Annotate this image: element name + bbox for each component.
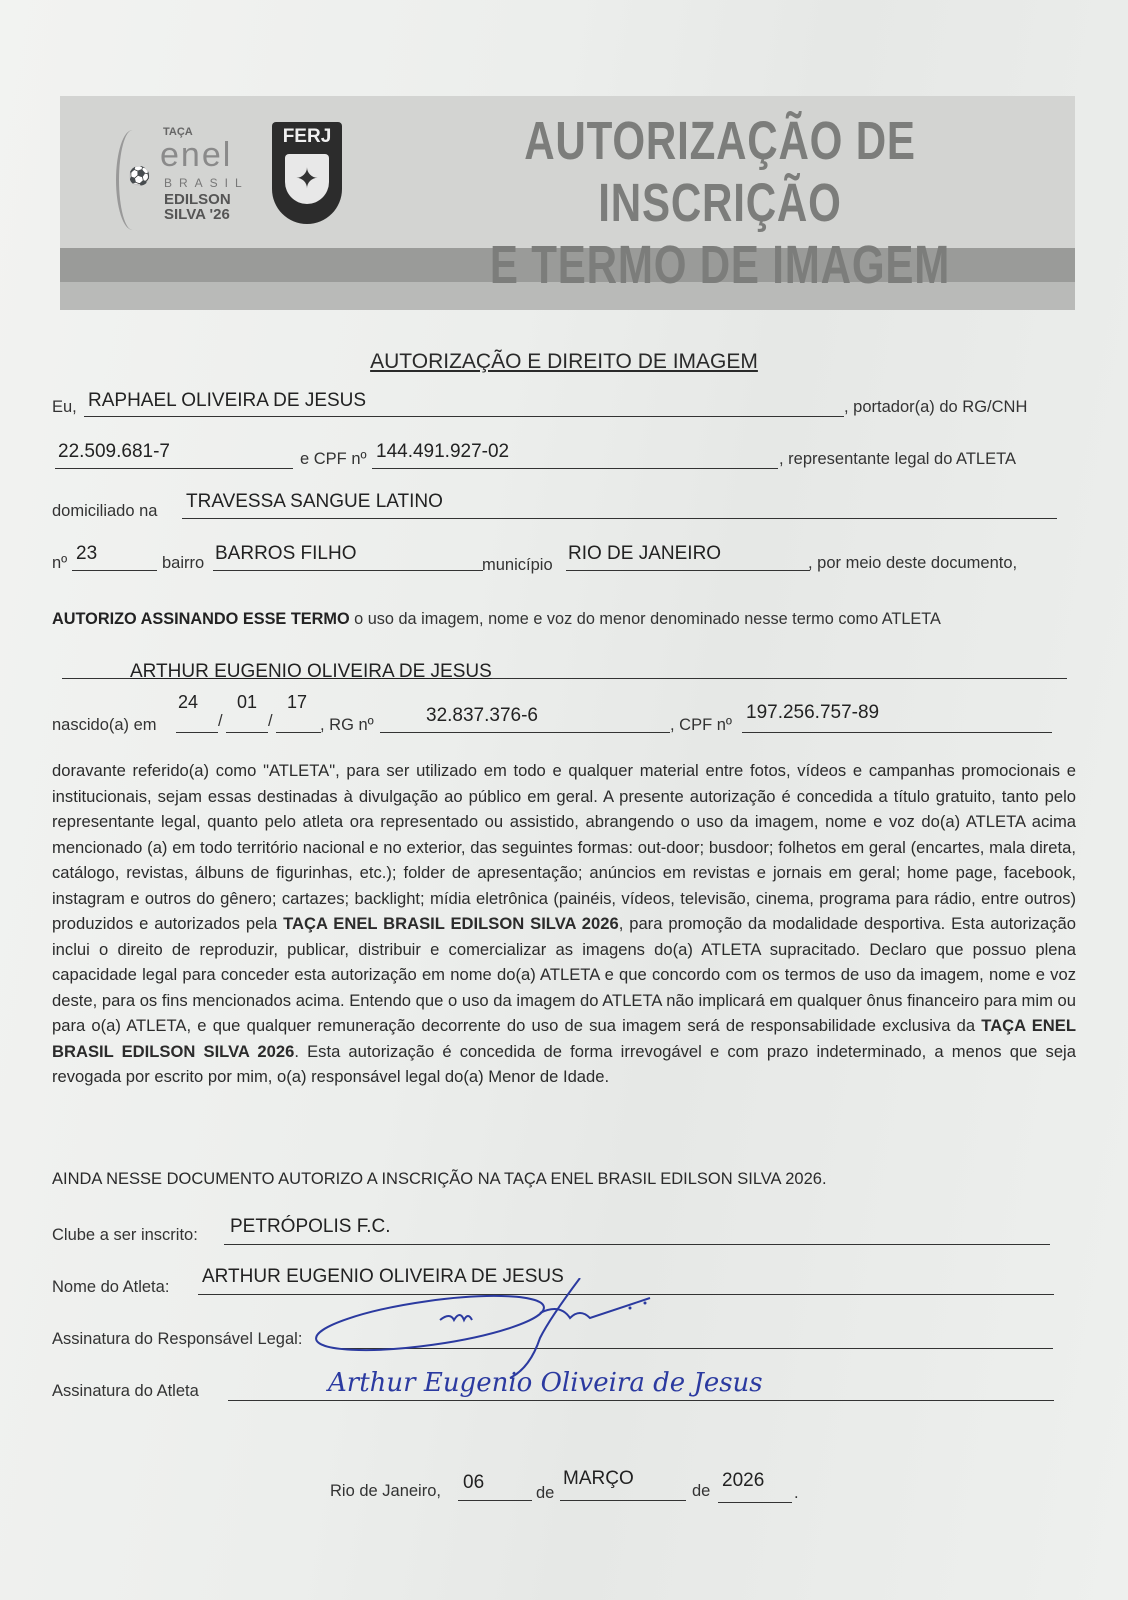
nasc-mes-field[interactable] [226, 710, 268, 733]
atleta-signature: Arthur Eugenio Oliveira de Jesus [328, 1368, 763, 1398]
date-slash-1: / [218, 712, 223, 731]
paragraph-bold-1: TAÇA ENEL BRASIL EDILSON SILVA 2026 [283, 914, 619, 933]
responsavel-nome-value: RAPHAEL OLIVEIRA DE JESUS [88, 390, 366, 412]
shield-icon: ✦ [285, 154, 329, 204]
atleta-cpf-value: 197.256.757-89 [746, 702, 879, 724]
eu-label: Eu, [52, 398, 77, 417]
date-end-period: . [794, 1484, 799, 1503]
date-de-1: de [536, 1484, 554, 1503]
date-year-value: 2026 [722, 1470, 764, 1492]
nasc-dia-field[interactable] [176, 710, 218, 733]
representante-label: , representante legal do ATLETA [779, 450, 1016, 469]
atleta-cpf-label: , CPF nº [670, 716, 732, 735]
date-de-2: de [692, 1482, 710, 1501]
assinatura-responsavel-label: Assinatura do Responsável Legal: [52, 1330, 302, 1349]
document-title-text: AUTORIZAÇÃO E DIREITO DE IMAGEM [370, 350, 758, 373]
banner-title-line1: AUTORIZAÇÃO DE INSCRIÇÃO [455, 110, 985, 234]
logo-brasil-text: BRASIL [164, 176, 249, 190]
nasc-ano-field[interactable] [276, 710, 321, 733]
rg-label: , RG nº [320, 716, 374, 735]
municipio-label: município [482, 556, 553, 575]
authorization-paragraph: doravante referido(a) como "ATLETA", par… [52, 758, 1076, 1090]
numero-label: nº [52, 554, 67, 573]
assinatura-atleta-label: Assinatura do Atleta [52, 1382, 199, 1401]
ferj-logo: FERJ ✦ [272, 122, 342, 224]
ferj-text: FERJ [272, 126, 342, 148]
logo-silva-line: SILVA '26 [164, 207, 231, 222]
date-month-value: MARÇO [563, 1468, 634, 1490]
responsavel-rg-value: 22.509.681-7 [58, 441, 170, 463]
taca-enel-logo: ⚽ TAÇA enel BRASIL EDILSON SILVA '26 [108, 126, 258, 236]
banner-title-line2: E TERMO DE IMAGEM [455, 234, 985, 296]
logo-edilson-text: EDILSON SILVA '26 [164, 192, 231, 222]
atleta-rg-value: 32.837.376-6 [426, 705, 538, 727]
portador-label: , portador(a) do RG/CNH [844, 398, 1027, 417]
logo-edilson-line: EDILSON [164, 192, 231, 207]
numero-value: 23 [76, 543, 97, 565]
paragraph-part-1: doravante referido(a) como "ATLETA", par… [52, 761, 1076, 933]
logo-enel-text: enel [160, 136, 232, 175]
cpf-label: e CPF nº [300, 450, 367, 469]
clube-value: PETRÓPOLIS F.C. [230, 1216, 390, 1238]
date-slash-2: / [268, 712, 273, 731]
nome-atleta-label: Nome do Atleta: [52, 1278, 169, 1297]
bairro-label: bairro [162, 554, 204, 573]
atleta-nome-value: ARTHUR EUGENIO OLIVEIRA DE JESUS [130, 661, 492, 683]
responsavel-cpf-value: 144.491.927-02 [376, 441, 509, 463]
bairro-value: BARROS FILHO [215, 543, 356, 565]
clube-label: Clube a ser inscrito: [52, 1226, 198, 1245]
soccer-ball-icon: ⚽ [128, 166, 150, 187]
domiciliado-label: domiciliado na [52, 502, 157, 521]
municipio-value: RIO DE JANEIRO [568, 543, 721, 565]
autorizo-rest: o uso da imagem, nome e voz do menor den… [350, 610, 941, 628]
inscricao-statement: AINDA NESSE DOCUMENTO AUTORIZO A INSCRIÇ… [52, 1170, 827, 1189]
date-city-label: Rio de Janeiro, [330, 1482, 441, 1501]
date-day-value: 06 [463, 1472, 484, 1494]
nascido-label: nascido(a) em [52, 716, 157, 735]
autorizo-line: AUTORIZO ASSINANDO ESSE TERMO o uso da i… [52, 610, 941, 629]
endereco-value: TRAVESSA SANGUE LATINO [186, 491, 443, 513]
document-title: AUTORIZAÇÃO E DIREITO DE IMAGEM [0, 350, 1128, 374]
autorizo-bold: AUTORIZO ASSINANDO ESSE TERMO [52, 610, 350, 628]
banner-title: AUTORIZAÇÃO DE INSCRIÇÃO E TERMO DE IMAG… [455, 110, 985, 296]
por-meio-label: , por meio deste documento, [808, 554, 1017, 573]
header-banner: ⚽ TAÇA enel BRASIL EDILSON SILVA '26 FER… [60, 96, 1075, 310]
responsavel-signature-icon [310, 1278, 690, 1378]
